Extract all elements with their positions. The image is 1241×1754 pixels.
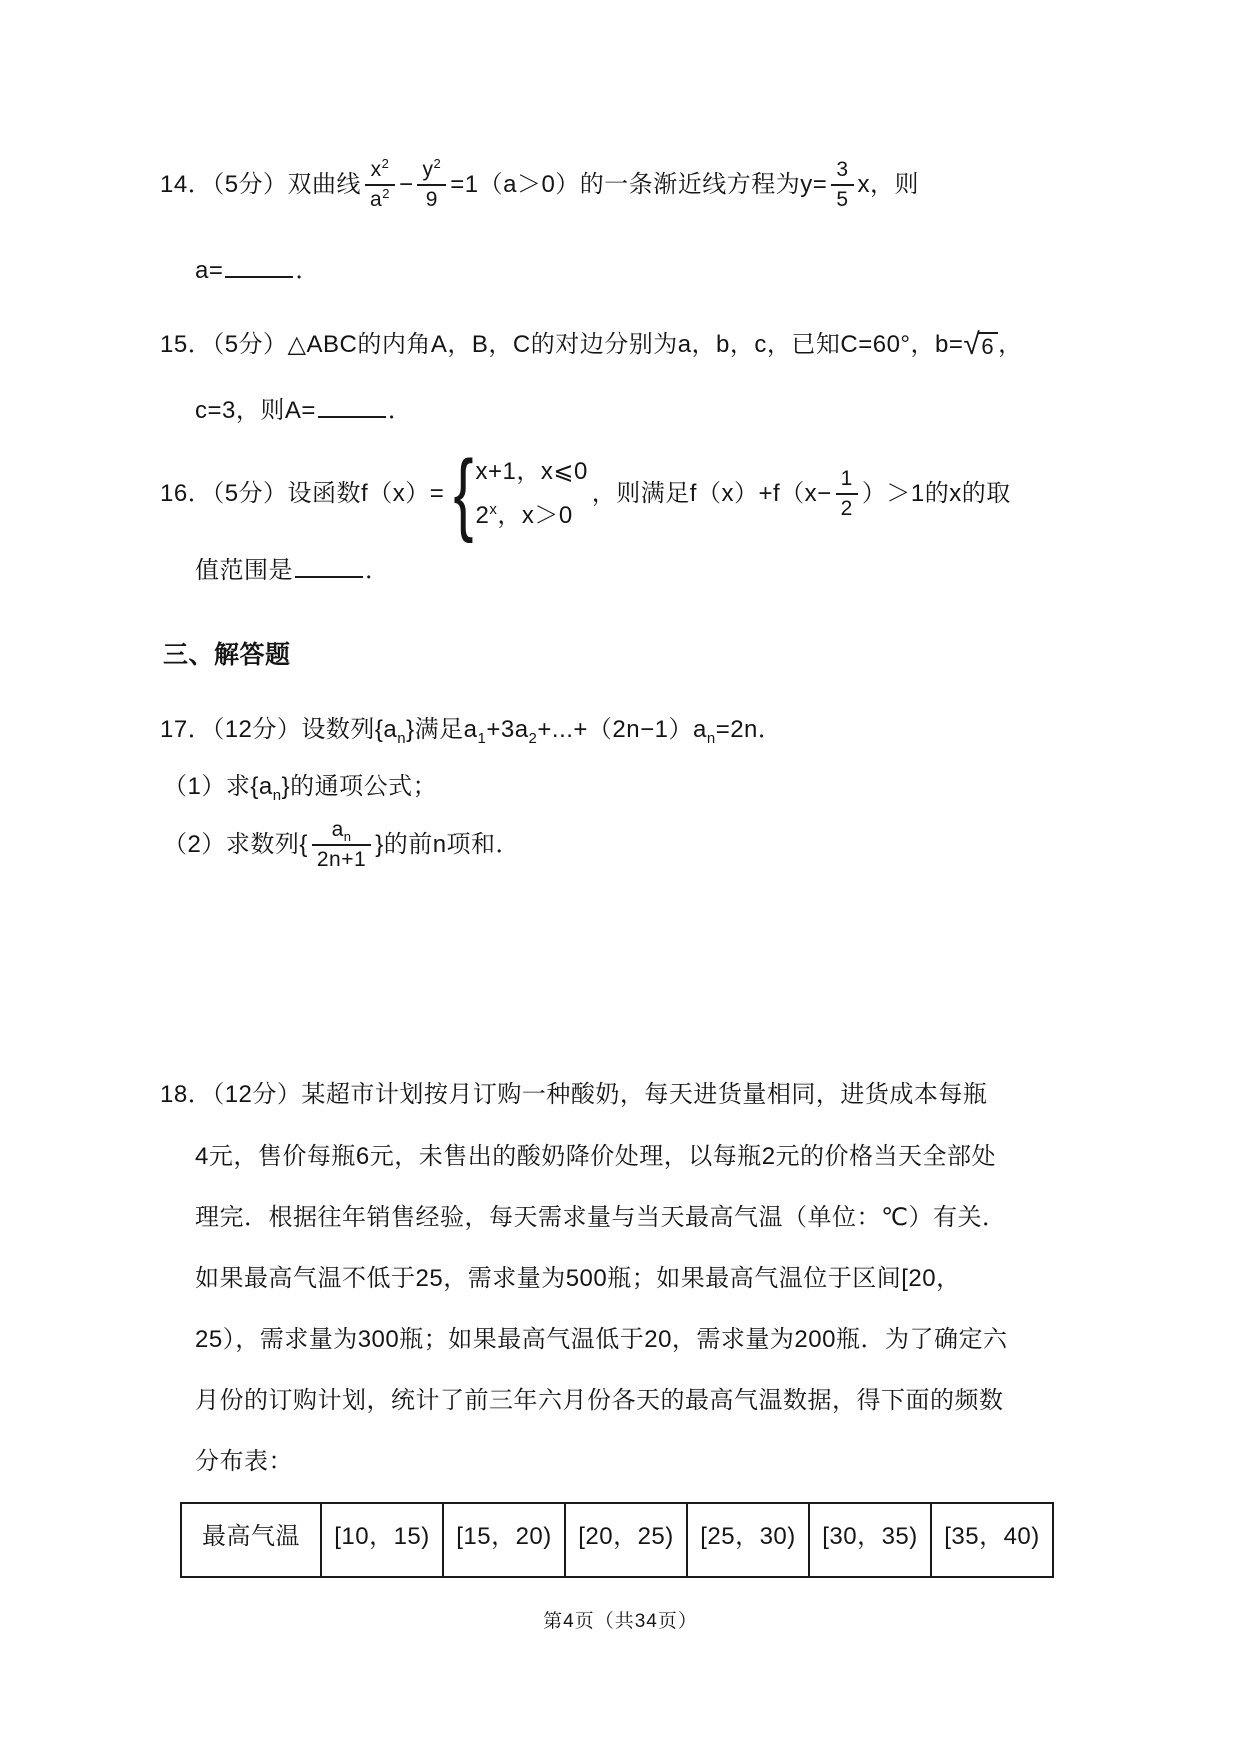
q17-t5: =2n． [716, 716, 783, 743]
q14-fraction-x2-a2: x2 a2 [365, 158, 395, 212]
left-brace: { [454, 450, 474, 537]
q15-comma: ， [998, 330, 1023, 360]
q15-answer-pre: c=3，则A= [195, 397, 316, 424]
q16-answer-pre: 值范围是 [195, 557, 293, 584]
section-3-title: 三、解答题 [163, 640, 291, 670]
q14-fx-den-sup: 2 [382, 186, 390, 201]
table-cell-interval-2: [15，20) [443, 1503, 565, 1577]
q16-piece1: x+1，x⩽0 [475, 457, 587, 487]
q17-s4: n [707, 730, 716, 747]
exam-page: 14．（5分）双曲线 x2 a2 − y2 9 =1 （a＞0）的一条渐近线方程… [0, 0, 1241, 1754]
q16-fraction-1-2: 1 2 [836, 467, 858, 521]
question-17-line1: 17．（12分）设数列{an}满足a1+3a2+...+（2n−1）an=2n． [160, 715, 782, 745]
question-18-line4: 如果最高气温不低于25，需求量为500瓶；如果最高气温位于区间[20， [195, 1264, 961, 1294]
q15-text: 15．（5分）△ABC的内角A，B，C的对边分别为a，b，c，已知C=60°，b… [160, 330, 963, 360]
question-18-line1: 18．（12分）某超市计划按月订购一种酸奶，每天进货量相同，进货成本每瓶 [160, 1080, 987, 1110]
question-18-line2: 4元，售价每瓶6元，未售出的酸奶降价处理，以每瓶2元的价格当天全部处 [195, 1142, 996, 1172]
q16-half-den: 2 [836, 493, 858, 521]
q14-fx-num-sup: 2 [382, 156, 390, 171]
question-14-line1: 14．（5分）双曲线 x2 a2 − y2 9 =1 （a＞0）的一条渐近线方程… [160, 158, 919, 212]
q14-minus-sign: − [399, 170, 414, 200]
table-header-temperature: 最高气温 [181, 1503, 321, 1577]
q17-t4: +...+（2n−1）a [537, 716, 706, 743]
question-15-line1: 15．（5分）△ABC的内角A，B，C的对边分别为a，b，c，已知C=60°，b… [160, 330, 1023, 360]
q17-part2-post: }的前n项和． [375, 830, 520, 860]
q17-part1-s1: n [273, 787, 282, 804]
q16-piecewise-function: { x+1，x⩽0 2x，x＞0 [448, 450, 588, 537]
question-18-line6: 月份的订购计划，统计了前三年六月份各天的最高气温数据，得下面的频数 [195, 1386, 1004, 1416]
question-18-line5: 25），需求量为300瓶；如果最高气温低于20，需求量为200瓶．为了确定六 [195, 1325, 1007, 1355]
q14-fy-num: y [422, 158, 433, 181]
question-16-answer-line: 值范围是． [195, 552, 390, 586]
table-cell-interval-5: [30，35) [809, 1503, 931, 1577]
q14-equals-one: =1 [450, 170, 478, 200]
question-15-answer-line: c=3，则A=． [195, 392, 412, 426]
question-14-answer-line: a=． [195, 252, 320, 286]
table-cell-interval-6: [35，40) [931, 1503, 1053, 1577]
page-footer: 第4页（共34页） [0, 1606, 1241, 1633]
q14-text-pre: 14．（5分）双曲线 [160, 170, 361, 200]
answer-blank [225, 252, 293, 278]
table-cell-interval-3: [20，25) [565, 1503, 687, 1577]
answer-blank [318, 392, 386, 418]
q14-fraction-y2-9: y2 9 [417, 158, 446, 212]
q15-sqrt-6: √ 6 [963, 332, 998, 358]
q17-part2-pre: （2）求数列{ [163, 830, 308, 860]
q14-answer-pre: a= [195, 257, 223, 284]
q15-sqrt-arg: 6 [978, 332, 998, 358]
frequency-table: 最高气温 [10，15) [15，20) [20，25) [25，30) [30… [180, 1502, 1054, 1578]
q16-text-mid: ，则满足f（x）+f（x− [592, 479, 832, 509]
q16-text-pre: 16．（5分）设函数f（x）= [160, 479, 444, 509]
q16-text-post: ）＞1的x的取 [862, 479, 1011, 509]
q17-part1-t2: }的通项公式； [282, 773, 438, 800]
table-cell-interval-4: [25，30) [687, 1503, 809, 1577]
q17-s1: n [397, 730, 406, 747]
q14-text-post: x，则 [858, 170, 920, 200]
q14-text-mid: （a＞0）的一条渐近线方程为y= [479, 170, 828, 200]
table-row: 最高气温 [10，15) [15，20) [20，25) [25，30) [30… [181, 1503, 1053, 1577]
q14-slope-den: 5 [831, 184, 853, 212]
q17-t3: +3a [486, 716, 528, 743]
question-17-part2: （2）求数列{ an 2n+1 }的前n项和． [163, 818, 520, 872]
question-18-line7: 分布表： [195, 1447, 293, 1477]
q14-fx-num: x [371, 158, 382, 181]
q17-t2: }满足a [406, 716, 477, 743]
q17-fraction-an-2n1: an 2n+1 [312, 818, 371, 872]
q14-fx-den: a [370, 188, 382, 211]
question-17-part1: （1）求{an}的通项公式； [163, 772, 437, 802]
q17-part2-num-sub: n [344, 829, 352, 844]
q14-fy-num-sup: 2 [433, 156, 441, 171]
q14-fraction-3-5: 3 5 [831, 158, 853, 212]
q16-piece2-base: 2 [475, 502, 489, 529]
q17-part2-num-base: a [332, 818, 344, 841]
q14-slope-num: 3 [831, 158, 853, 184]
question-16-line1: 16．（5分）设函数f（x）= { x+1，x⩽0 2x，x＞0 ，则满足f（x… [160, 450, 1011, 537]
q16-half-num: 1 [836, 467, 858, 493]
q17-part1-t1: （1）求{a [163, 773, 273, 800]
q17-t1: 17．（12分）设数列{a [160, 716, 397, 743]
q17-part2-den: 2n+1 [312, 844, 371, 872]
q17-s2: 1 [477, 730, 486, 747]
q15-period: ． [388, 397, 413, 424]
question-18-line3: 理完．根据往年销售经验，每天需求量与当天最高气温（单位：℃）有关． [195, 1203, 1006, 1233]
answer-blank [295, 552, 363, 578]
q16-piece2-rest: ，x＞0 [497, 502, 572, 529]
table-cell-interval-1: [10，15) [321, 1503, 443, 1577]
q14-fy-den: 9 [417, 184, 446, 212]
q14-period: ． [295, 257, 320, 284]
q16-period: ． [365, 557, 390, 584]
